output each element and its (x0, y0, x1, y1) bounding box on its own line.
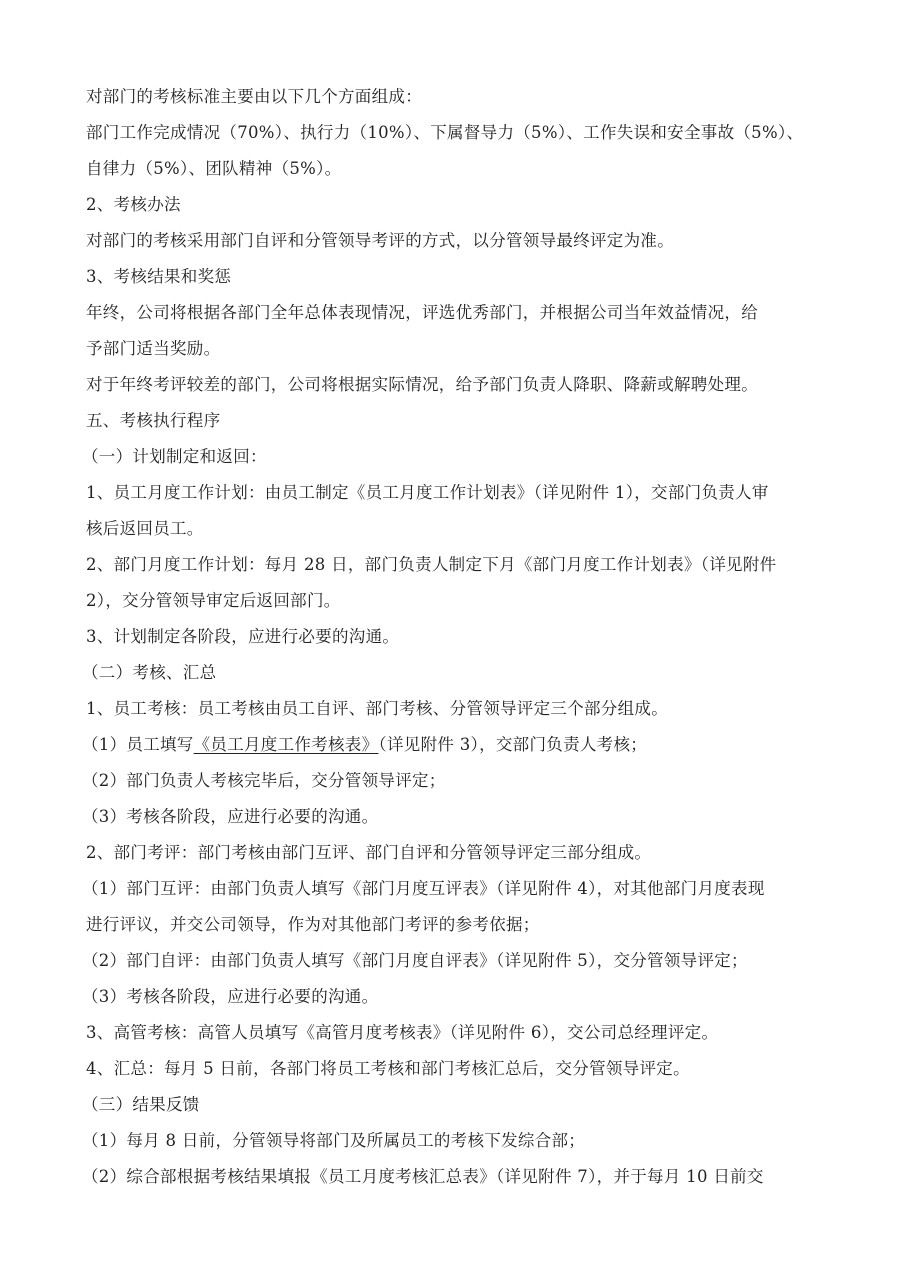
text-line-executive-assessment: 3、高管考核：高管人员填写《高管月度考核表》（详见附件 6），交公司总经理评定。 (86, 1022, 718, 1044)
text-line-penalty: 对于年终考评较差的部门，公司将根据实际情况，给予部门负责人降职、降薪或解聘处理。 (86, 374, 758, 396)
text-line-department-plan-cont: 2），交分管领导审定后返回部门。 (86, 590, 341, 612)
text-prefix: （1）员工填写 (82, 735, 194, 754)
text-line-feedback-summary-form: （2）综合部根据考核结果填报《员工月度考核汇总表》（详见附件 7），并于每月 1… (82, 1166, 764, 1188)
text-line-employee-plan: 1、员工月度工作计划：由员工制定《员工月度工作计划表》（详见附件 1），交部门负… (86, 482, 769, 504)
text-line-criteria-weights-cont: 自律力（5%）、团队精神（5%）。 (86, 158, 341, 180)
text-line-department-plan: 2、部门月度工作计划：每月 28 日，部门负责人制定下月《部门月度工作计划表》（… (86, 554, 776, 576)
section-heading-assessment-method: 2、考核办法 (86, 194, 181, 216)
text-line-department-assessment: 2、部门考评：部门考核由部门互评、部门自评和分管领导评定三部分组成。 (86, 842, 651, 864)
text-line-year-end-reward: 年终，公司将根据各部门全年总体表现情况，评选优秀部门，并根据公司当年效益情况，给 (86, 302, 758, 324)
text-line-assessment-method: 对部门的考核采用部门自评和分管领导考评的方式，以分管领导最终评定为准。 (86, 230, 674, 252)
section-heading-procedure: 五、考核执行程序 (86, 410, 220, 432)
text-line-summary: 4、汇总：每月 5 日前，各部门将员工考核和部门考核汇总后，交分管领导评定。 (86, 1058, 690, 1080)
text-line-dept-mutual-review-cont: 进行评议，并交公司领导，作为对其他部门考评的参考依据； (86, 914, 540, 936)
subsection-heading-feedback: （三）结果反馈 (82, 1094, 200, 1116)
text-line-dept-mutual-review: （1）部门互评：由部门负责人填写《部门月度互评表》（详见附件 4），对其他部门月… (82, 878, 765, 900)
text-line-criteria-weights: 部门工作完成情况（70%）、执行力（10%）、下属督导力（5%）、工作失误和安全… (86, 122, 803, 144)
text-line-employee-fill-form: （1）员工填写《员工月度工作考核表》（详见附件 3），交部门负责人考核； (82, 734, 647, 756)
text-line-employee-assessment: 1、员工考核：员工考核由员工自评、部门考核、分管领导评定三个部分组成。 (86, 698, 668, 720)
text-line-plan-communication: 3、计划制定各阶段，应进行必要的沟通。 (86, 626, 399, 648)
text-line-dept-head-review: （2）部门负责人考核完毕后，交分管领导评定； (82, 770, 446, 792)
subsection-heading-assessment-summary: （二）考核、汇总 (82, 662, 216, 684)
text-line-assessment-communication: （3）考核各阶段，应进行必要的沟通。 (82, 806, 378, 828)
text-line-dept-communication: （3）考核各阶段，应进行必要的沟通。 (82, 986, 378, 1008)
employee-assessment-form-link[interactable]: 《员工月度工作考核表》 (194, 735, 379, 754)
text-suffix: （详见附件 3），交部门负责人考核； (378, 735, 647, 754)
subsection-heading-planning: （一）计划制定和返回： (82, 446, 267, 468)
text-line-dept-self-review: （2）部门自评：由部门负责人填写《部门月度自评表》（详见附件 5），交分管领导评… (82, 950, 748, 972)
text-line-feedback-distribution: （1）每月 8 日前，分管领导将部门及所属员工的考核下发综合部； (82, 1130, 585, 1152)
text-line-employee-plan-cont: 核后返回员工。 (86, 518, 204, 540)
text-line-criteria-intro: 对部门的考核标准主要由以下几个方面组成： (86, 86, 422, 108)
document-page: 对部门的考核标准主要由以下几个方面组成： 部门工作完成情况（70%）、执行力（1… (0, 0, 904, 1280)
section-heading-results-rewards: 3、考核结果和奖惩 (86, 266, 231, 288)
text-line-year-end-reward-cont: 予部门适当奖励。 (86, 338, 220, 360)
